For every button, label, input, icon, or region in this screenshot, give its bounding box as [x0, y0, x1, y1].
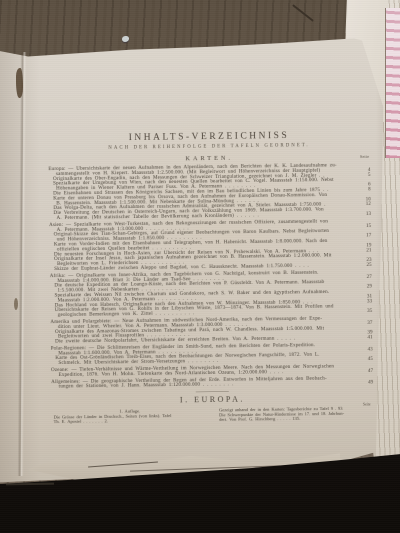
- photo-of-book-page: INHALTS-VERZEICHNISS NACH DER REIHENFOLG…: [0, 0, 400, 533]
- europa-columns: 1. Auflage.Die Grösse der Länder in Druc…: [52, 406, 374, 425]
- europa-line: Th. E. Apostel . . . . . . . 2.: [54, 418, 207, 425]
- printed-text-area: INHALTS-VERZEICHNISS NACH DER REIHENFOLG…: [48, 126, 374, 462]
- page-damage-spot: [16, 68, 23, 98]
- europa-line: dert. Von Prof. G. Hirschberg . . . . . …: [219, 416, 372, 423]
- europa-left-column: 1. Auflage.Die Grösse der Länder in Druc…: [54, 408, 207, 424]
- seite-column-label: Seite: [363, 402, 371, 407]
- page-title: INHALTS-VERZEICHNISS: [48, 126, 370, 144]
- page-damage-spot: [14, 298, 18, 310]
- europa-heading: I. EUROPA.: [51, 394, 373, 407]
- pink-fabric-edge: [385, 8, 400, 158]
- seite-column-label: Seite: [360, 154, 369, 159]
- europa-right-column: Seite Gezeigt anhand der in den Karten: …: [219, 406, 372, 422]
- section-divider-rule: [196, 391, 229, 392]
- toc-list: Europa: — Übersichtskarte der neuen Aufn…: [48, 162, 373, 389]
